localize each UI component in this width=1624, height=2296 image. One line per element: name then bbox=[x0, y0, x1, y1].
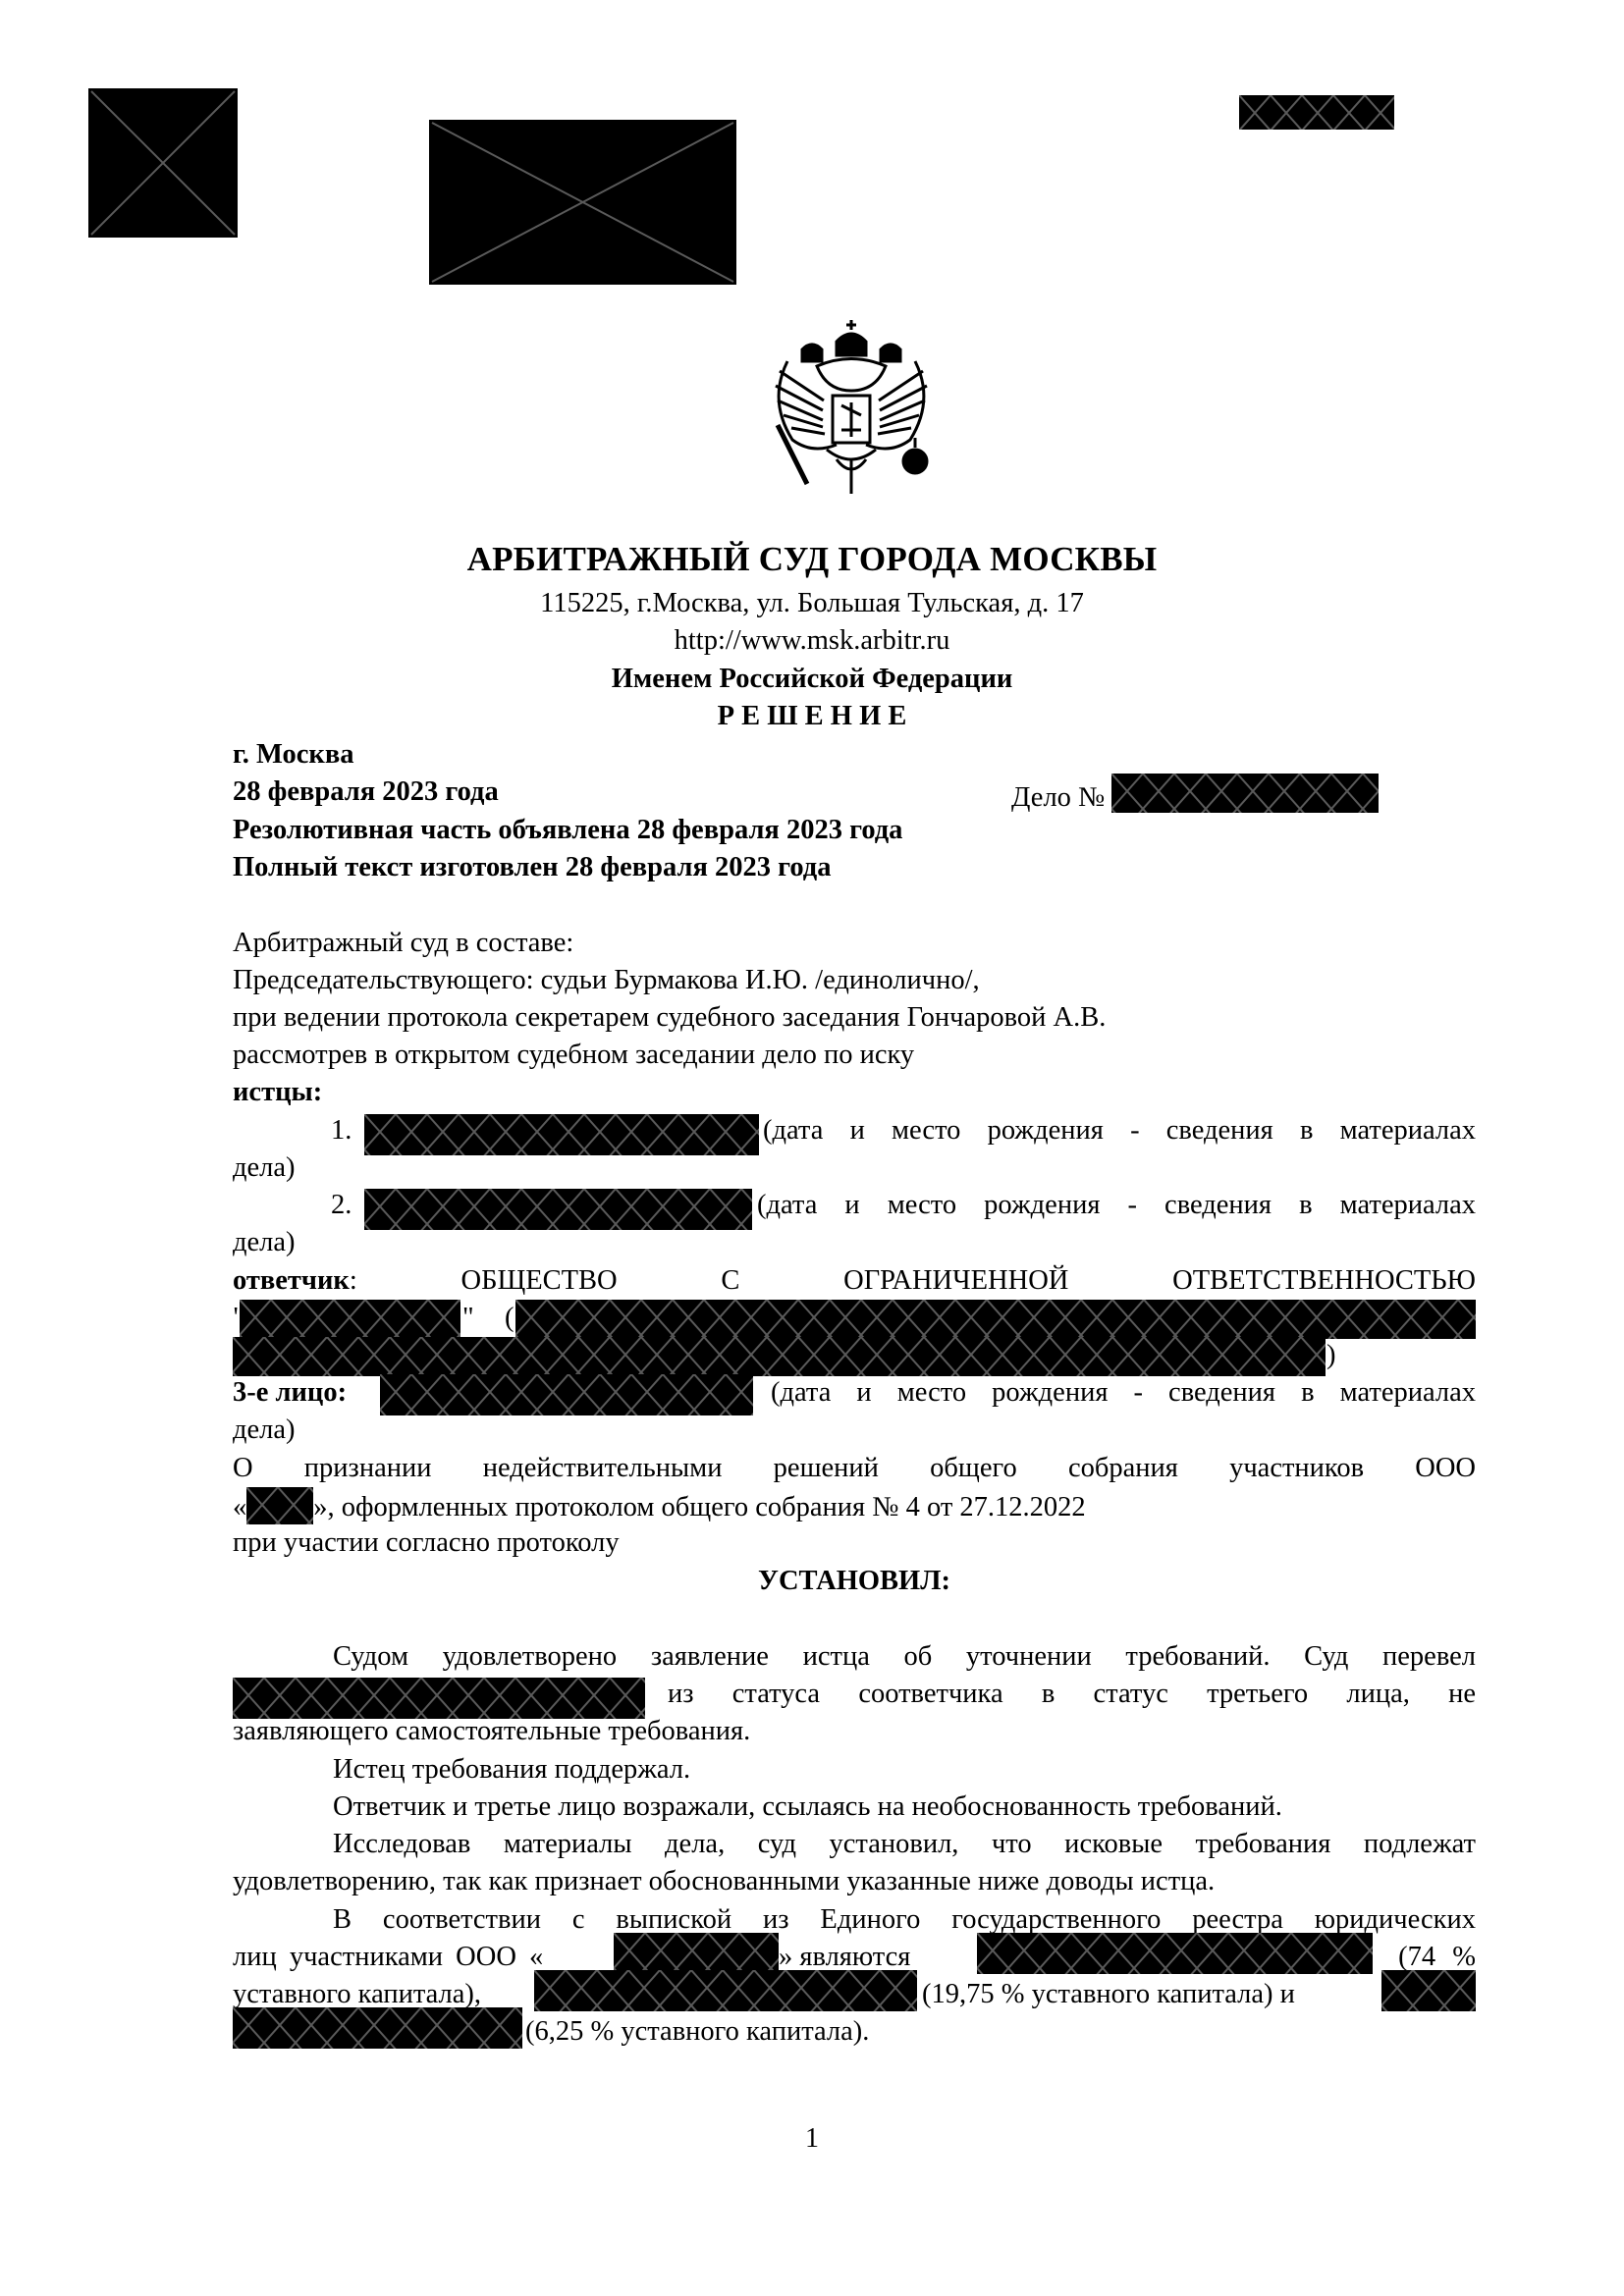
redacted-block-top-center bbox=[429, 120, 736, 285]
body-p5-line-3-b: (19,75 % уставного капитала) и bbox=[922, 1976, 1295, 2013]
subject-line-2: «», оформленных протоколом общего собран… bbox=[233, 1487, 1476, 1526]
case-number: Дело № bbox=[1011, 774, 1379, 817]
subject-line-1: О признании недействительными решений об… bbox=[233, 1450, 1476, 1487]
plaintiff-1-number: 1. bbox=[331, 1112, 352, 1149]
document-type: Р Е Ш Е Н И Е bbox=[0, 698, 1624, 735]
redacted-block-top-right bbox=[1239, 95, 1394, 130]
respondent-word-1: ОБЩЕСТВО bbox=[461, 1262, 618, 1300]
redacted-third-party bbox=[380, 1374, 753, 1415]
respondent-label: ответчик bbox=[233, 1265, 350, 1296]
body-p1-line-2-text: из статуса соответчика в статус третьего… bbox=[668, 1676, 1476, 1713]
body-p5-line-4-text: (6,25 % уставного капитала). bbox=[525, 2013, 869, 2051]
third-party: 3-е лицо: (дата и место рождения - сведе… bbox=[233, 1374, 1476, 1412]
composition-line-4: рассмотрев в открытом судебном заседании… bbox=[233, 1037, 1476, 1074]
redacted-participant-3b bbox=[233, 2007, 522, 2049]
third-party-birth-info-end: дела) bbox=[233, 1412, 1476, 1449]
body-p2: Истец требования поддержал. bbox=[233, 1751, 1476, 1789]
in-name-of: Именем Российской Федерации bbox=[0, 661, 1624, 698]
body-p4-line-2: удовлетворению, так как признает обоснов… bbox=[233, 1863, 1476, 1900]
subject-line-3: при участии согласно протоколу bbox=[233, 1524, 1476, 1562]
established-heading: УСТАНОВИЛ: bbox=[233, 1563, 1476, 1600]
body-p1-line-3: заявляющего самостоятельные требования. bbox=[233, 1713, 1476, 1750]
redacted-company-name-2 bbox=[614, 1933, 779, 1974]
plaintiffs-label: истцы: bbox=[233, 1074, 1476, 1111]
third-party-birth-info: (дата и место рождения - сведения в мате… bbox=[771, 1374, 1476, 1412]
subject-quote-open: « bbox=[233, 1492, 246, 1522]
plaintiff-2-birth-info: (дата и место рождения - сведения в мате… bbox=[757, 1187, 1476, 1224]
plaintiff-1-birth-info-end: дела) bbox=[233, 1149, 1476, 1187]
respondent-colon: : bbox=[350, 1265, 357, 1296]
body-p4-line-1: Исследовав материалы дела, суд установил… bbox=[233, 1826, 1476, 1863]
operative-part-date: Резолютивная часть объявлена 28 февраля … bbox=[233, 812, 1476, 849]
court-name: АРБИТРАЖНЫЙ СУД ГОРОДА МОСКВЫ bbox=[0, 540, 1624, 579]
body-p5-line-2-a: лиц участниками ООО « bbox=[233, 1939, 543, 1976]
redacted-respondent-name bbox=[240, 1300, 460, 1337]
redacted-participant-2 bbox=[534, 1970, 917, 2011]
redacted-respondent-details-1 bbox=[515, 1300, 1476, 1339]
plaintiff-1-birth-info: (дата и место рождения - сведения в мате… bbox=[763, 1112, 1476, 1149]
court-address: 115225, г.Москва, ул. Большая Тульская, … bbox=[0, 585, 1624, 622]
respondent: ответчик: ОБЩЕСТВО С ОГРАНИЧЕННОЙ ОТВЕТС… bbox=[233, 1262, 1476, 1300]
respondent-quote-close: " bbox=[462, 1300, 474, 1337]
body-p3: Ответчик и третье лицо возражали, ссылая… bbox=[233, 1789, 1476, 1826]
composition-line-1: Арбитражный суд в составе: bbox=[233, 925, 1476, 962]
subject-line-2-text: », оформленных протоколом общего собрани… bbox=[313, 1492, 1085, 1522]
respondent-paren-close: ) bbox=[1326, 1337, 1336, 1374]
third-party-label: 3-е лицо: bbox=[233, 1377, 347, 1408]
plaintiff-2-number: 2. bbox=[331, 1187, 352, 1224]
redacted-participant-1 bbox=[977, 1933, 1373, 1974]
full-text-date: Полный текст изготовлен 28 февраля 2023 … bbox=[233, 849, 1476, 886]
body-p1-line-1: Судом удовлетворено заявление истца об у… bbox=[233, 1638, 1476, 1676]
respondent-paren-open: ( bbox=[505, 1300, 514, 1337]
page-number: 1 bbox=[0, 2123, 1624, 2155]
plaintiff-2-birth-info-end: дела) bbox=[233, 1224, 1476, 1261]
redacted-respondent-details-2 bbox=[233, 1337, 1326, 1376]
composition-line-3: при ведении протокола секретарем судебно… bbox=[233, 999, 1476, 1037]
redacted-company-name bbox=[246, 1487, 313, 1524]
case-label: Дело № bbox=[1011, 782, 1105, 813]
redacted-block-top-left bbox=[88, 88, 238, 238]
redacted-case-number bbox=[1111, 774, 1379, 813]
court-website[interactable]: http://www.msk.arbitr.ru bbox=[0, 622, 1624, 660]
coat-of-arms-icon bbox=[758, 312, 945, 504]
redacted-participant-3a bbox=[1381, 1970, 1476, 2011]
composition-line-2: Председательствующего: судьи Бурмакова И… bbox=[233, 962, 1476, 999]
respondent-word-2: С bbox=[721, 1262, 739, 1300]
city: г. Москва bbox=[233, 736, 1476, 774]
respondent-word-3: ОГРАНИЧЕННОЙ bbox=[843, 1262, 1068, 1300]
respondent-word-4: ОТВЕТСТВЕННОСТЬЮ bbox=[1172, 1262, 1476, 1300]
